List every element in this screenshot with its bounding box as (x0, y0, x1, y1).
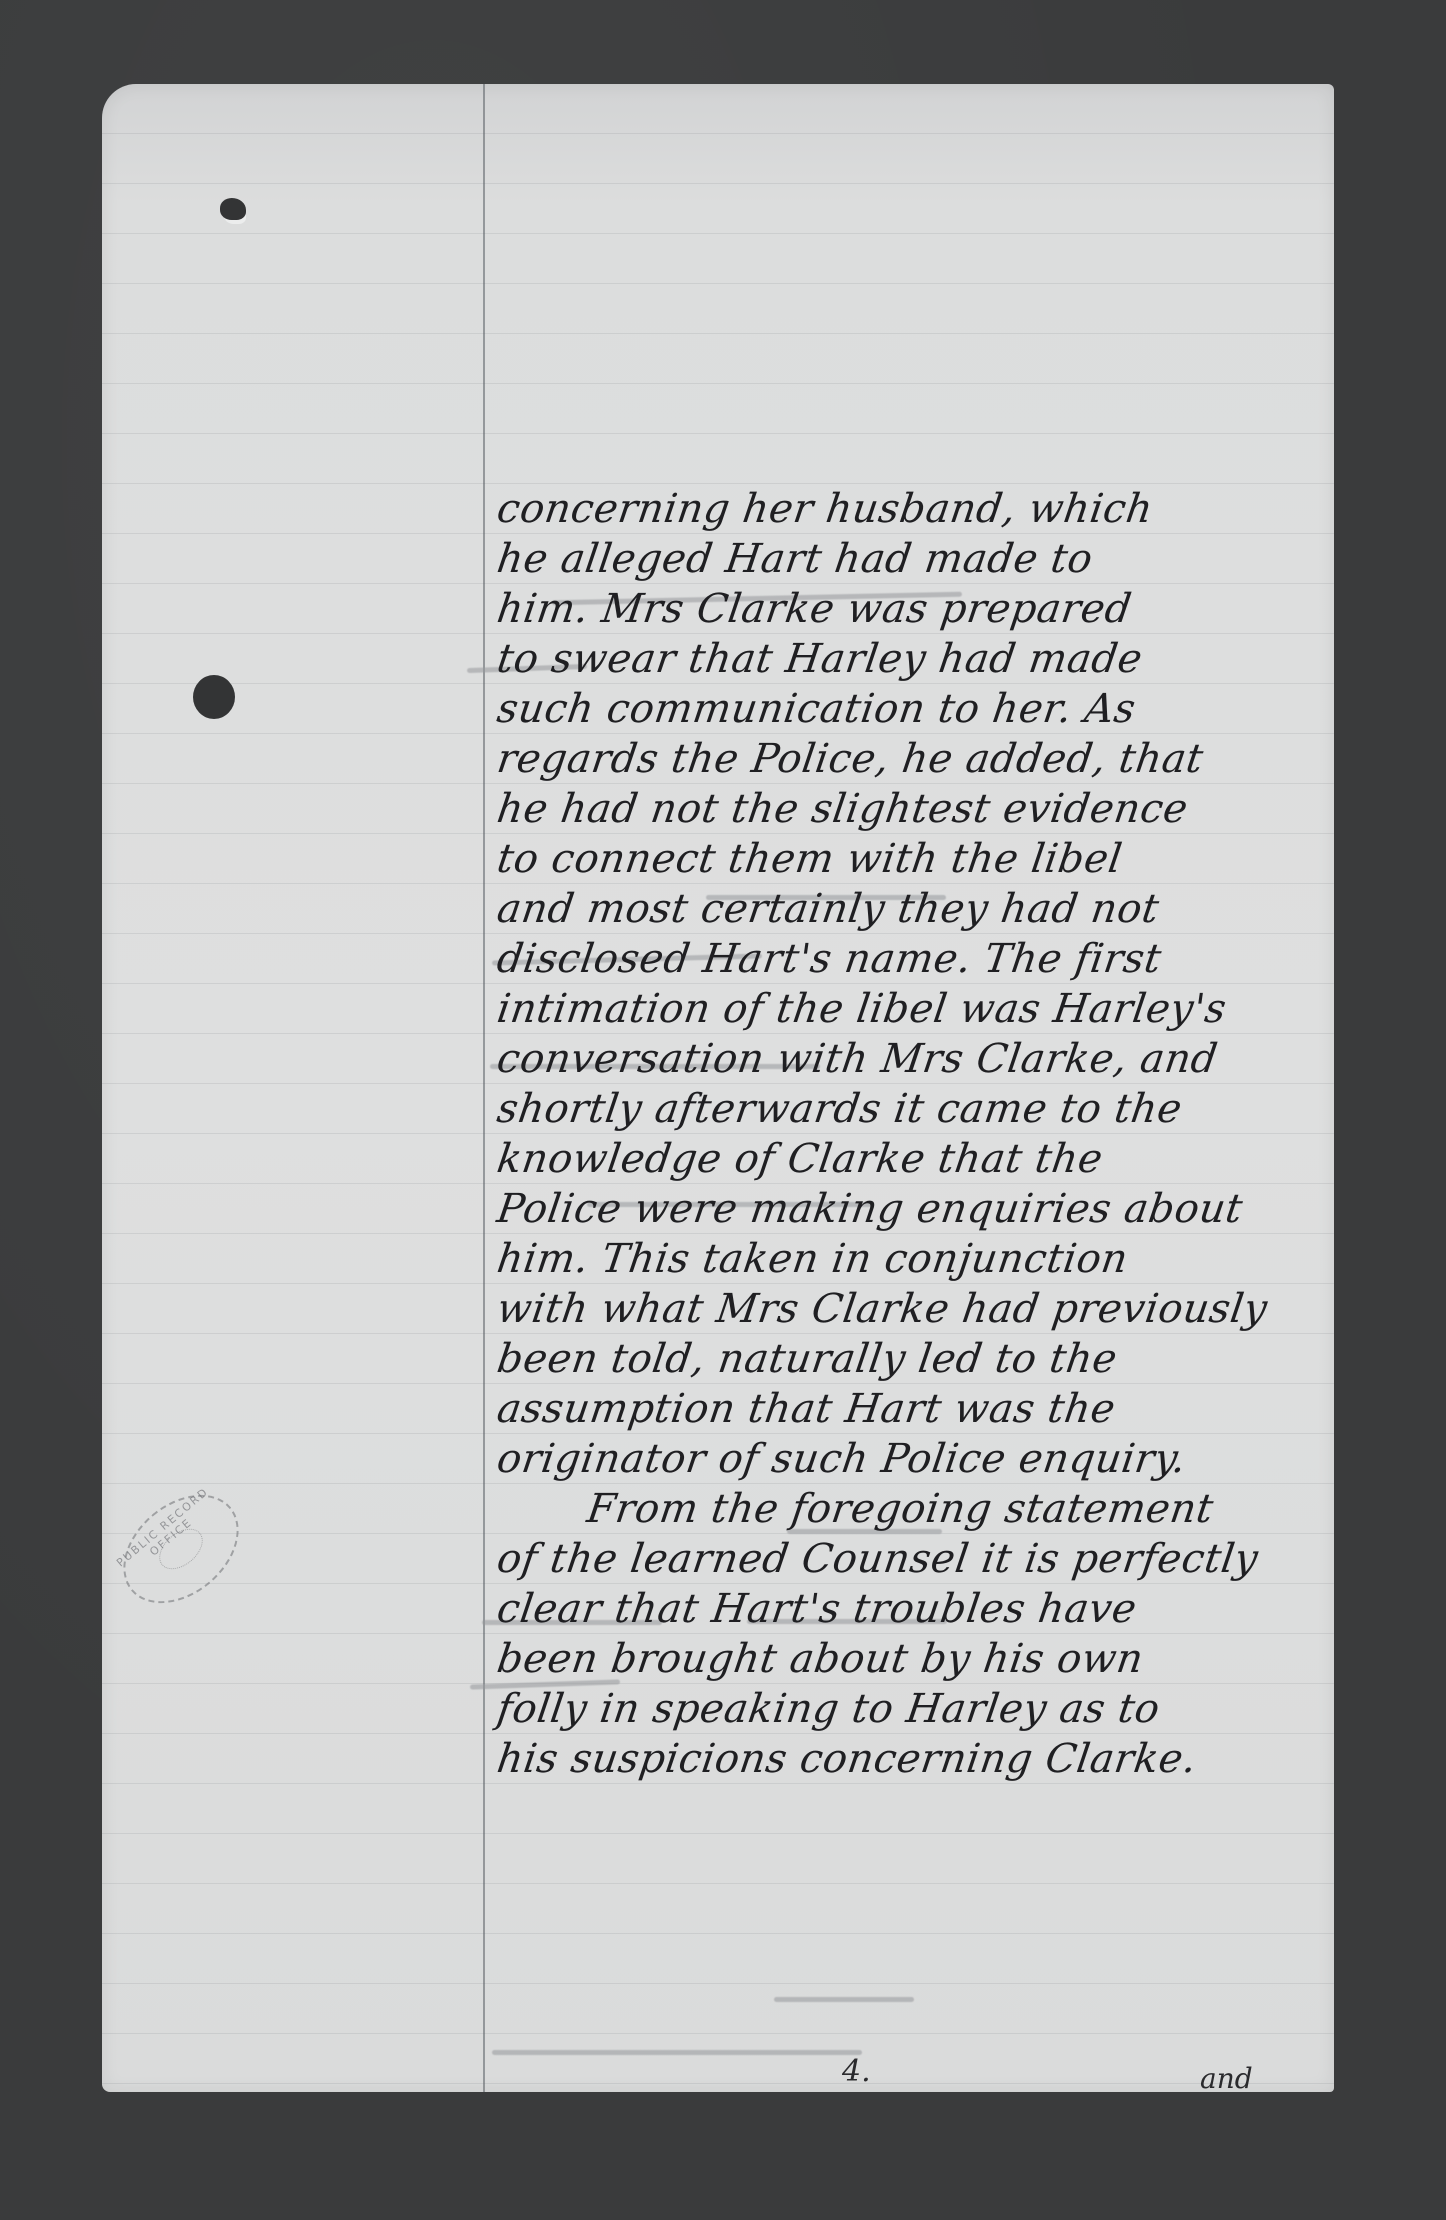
text-line: of the learned Counsel it is perfectly (494, 1534, 1321, 1584)
punch-hole (193, 675, 235, 719)
text-line: shortly afterwards it came to the (494, 1084, 1321, 1134)
text-line: to connect them with the libel (494, 834, 1321, 884)
text-line: and most certainly they had not (494, 884, 1321, 934)
catchword: and (1200, 2062, 1253, 2095)
text-line: him. Mrs Clarke was prepared (494, 584, 1321, 634)
text-line: his suspicions concerning Clarke. (494, 1734, 1321, 1784)
page-number: 4. (842, 2054, 871, 2089)
pencil-mark (774, 1997, 914, 2002)
document-page: Public Record Office concerning her husb… (102, 84, 1334, 2092)
text-line: such communication to her. As (494, 684, 1321, 734)
text-line: disclosed Hart's name. The first (494, 934, 1321, 984)
text-line: clear that Hart's troubles have (494, 1584, 1321, 1634)
archive-stamp: Public Record Office (102, 1473, 259, 1626)
text-line: originator of such Police enquiry. (494, 1434, 1321, 1484)
text-line: been brought about by his own (494, 1634, 1321, 1684)
text-line: been told, naturally led to the (494, 1334, 1321, 1384)
text-line: regards the Police, he added, that (494, 734, 1321, 784)
text-line: he had not the slightest evidence (494, 784, 1321, 834)
text-line: assumption that Hart was the (494, 1384, 1321, 1434)
text-line: conversation with Mrs Clarke, and (494, 1034, 1321, 1084)
text-line: knowledge of Clarke that the (494, 1134, 1321, 1184)
text-line: he alleged Hart had made to (494, 534, 1321, 584)
pencil-mark (492, 2050, 862, 2055)
margin-rule (483, 84, 485, 2092)
text-line: with what Mrs Clarke had previously (494, 1284, 1321, 1334)
text-line: to swear that Harley had made (494, 634, 1321, 684)
text-line: Police were making enquiries about (494, 1184, 1321, 1234)
torn-punch-hole (220, 198, 246, 220)
text-line: folly in speaking to Harley as to (494, 1684, 1321, 1734)
handwritten-text: concerning her husband, whichhe alleged … (494, 484, 1314, 1784)
text-line: From the foregoing statement (494, 1484, 1321, 1534)
text-line: intimation of the libel was Harley's (494, 984, 1321, 1034)
text-line: him. This taken in conjunction (494, 1234, 1321, 1284)
text-line: concerning her husband, which (494, 484, 1321, 534)
